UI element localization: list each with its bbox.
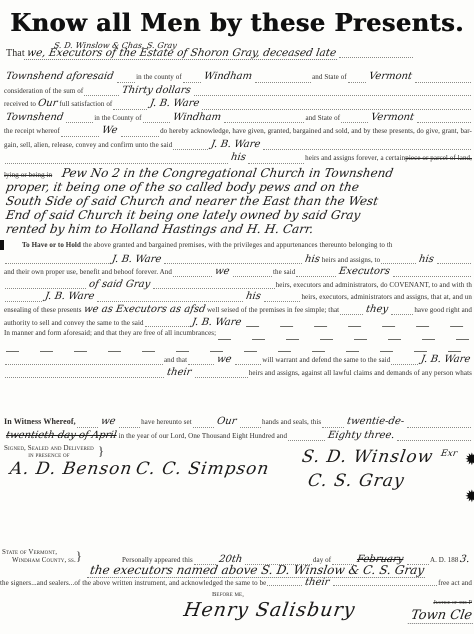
dotted-rule bbox=[235, 362, 261, 365]
dotted-rule bbox=[77, 425, 98, 428]
warrant-label2: will warrant and defend the same to the … bbox=[262, 356, 390, 364]
we-handwriting: we bbox=[212, 266, 232, 277]
habendum-section: To Have or to Hold the above granted and… bbox=[4, 241, 472, 380]
dotted-rule bbox=[173, 147, 208, 150]
dotted-rule bbox=[339, 55, 413, 58]
covenant-label: heirs, executors and administrators, do … bbox=[276, 281, 472, 289]
dotted-rule bbox=[391, 312, 414, 315]
grantee2-handwriting: J. B. Ware bbox=[42, 291, 97, 302]
dotted-rule bbox=[322, 425, 343, 428]
dotted-rule bbox=[173, 274, 212, 277]
of-said-gray-handwriting: of said Gray bbox=[86, 279, 153, 290]
page-title: Know all Men by these Presents. bbox=[0, 8, 474, 37]
form-line: In manner and form aforesaid; and that t… bbox=[4, 329, 472, 342]
dotted-rule bbox=[183, 80, 202, 83]
forever-label: heirs and assigns forever, a certain bbox=[305, 154, 405, 162]
officer-signature-block: Henry Salisbury bbox=[182, 599, 357, 621]
grantee3-handwriting: J. B. Ware bbox=[190, 317, 245, 328]
dotted-rule bbox=[66, 120, 93, 123]
state2-label: and State of bbox=[305, 114, 340, 122]
ensealing-handwriting: we as Executors as afsd bbox=[81, 304, 208, 315]
witness2-signature: C. C. Simpson bbox=[133, 459, 274, 479]
executors-handwriting: Executors bbox=[336, 266, 393, 277]
description-line: South Side of said Church and nearer the… bbox=[4, 194, 472, 208]
receipt-rest-label: do hereby acknowledge, have given, grant… bbox=[160, 127, 472, 135]
witness1-signature: A. D. Benson bbox=[6, 459, 135, 479]
county2-handwriting: Windham bbox=[170, 112, 224, 123]
form-line: J. B. Ware his heirs, executors, adminis… bbox=[4, 291, 472, 304]
county2-label: in the County of bbox=[94, 114, 141, 122]
to-have-label: To Have or to Hold bbox=[22, 241, 81, 249]
warrant-label1: and that bbox=[164, 356, 187, 364]
struck-lying-text: lying or being in bbox=[4, 171, 52, 179]
heirs-label: heirs and assigns, to bbox=[322, 256, 380, 264]
grantee4-handwriting: J. B. Ware bbox=[418, 354, 472, 365]
form-line: Townshend in the County of Windham and S… bbox=[4, 112, 472, 126]
dotted-rule bbox=[5, 161, 228, 164]
dotted-rule bbox=[84, 93, 119, 96]
town-clerk-handwriting: Town Cle bbox=[408, 608, 474, 624]
description-handwriting: South Side of said Church and nearer the… bbox=[4, 194, 381, 208]
venue-block: State of Vermont, Windham County, ss. } bbox=[2, 548, 82, 564]
description-handwriting: End of said Church it being one lately o… bbox=[4, 208, 363, 222]
officer-signature: Henry Salisbury bbox=[180, 599, 359, 621]
dotted-rule bbox=[117, 80, 136, 83]
free-act-label: free act and bbox=[438, 579, 472, 587]
dotted-rule bbox=[145, 324, 190, 327]
his-handwriting: his bbox=[302, 254, 323, 265]
dotted-rule bbox=[113, 107, 147, 110]
grantee-town-handwriting: Townshend bbox=[4, 112, 66, 123]
description-line: proper, it being one of the so called bo… bbox=[4, 180, 472, 194]
dotted-rule bbox=[195, 375, 248, 378]
grantee2-handwriting: J. B. Ware bbox=[208, 139, 263, 150]
they-handwriting: they bbox=[363, 304, 391, 315]
dotted-rule bbox=[437, 261, 472, 264]
dotted-rule bbox=[267, 583, 302, 586]
grantee-handwriting: J. B. Ware bbox=[109, 254, 164, 265]
dashed-rule bbox=[246, 325, 470, 327]
that-label: That bbox=[6, 48, 25, 59]
his-handwriting: his bbox=[228, 152, 249, 163]
signer2-line: C. S. Gray bbox=[306, 471, 459, 491]
day-handwriting: twentie-de- bbox=[344, 416, 407, 427]
form-line: To Have or to Hold the above granted and… bbox=[4, 241, 472, 254]
form-line: ensealing of these presents we as Execut… bbox=[4, 304, 472, 317]
dotted-rule bbox=[193, 425, 214, 428]
month-handwriting: March bbox=[361, 549, 400, 551]
use-label: and their own proper use, benefit and be… bbox=[4, 268, 172, 276]
receipt-label: the receipt whereof bbox=[4, 127, 60, 135]
signer1-signature: S. D. Winslow bbox=[298, 447, 436, 467]
dotted-rule bbox=[264, 299, 301, 302]
dotted-rule bbox=[5, 261, 109, 264]
year-digit-handwriting: 3. bbox=[458, 554, 472, 565]
town-handwriting: Townshend aforesaid bbox=[4, 71, 116, 82]
grantors-handwriting: we, Executors of the Estate of Shoron Gr… bbox=[24, 47, 339, 60]
dotted-rule bbox=[255, 80, 311, 83]
venue-brace: } bbox=[76, 548, 82, 564]
consideration-label: consideration of the sum of bbox=[4, 87, 83, 95]
satisfaction-label: full satisfaction of bbox=[59, 100, 112, 108]
town-clerk-block: Town Cle bbox=[409, 606, 474, 624]
set-label: have hereunto set bbox=[141, 418, 192, 426]
said-label: the said bbox=[273, 268, 295, 276]
his2-handwriting: his bbox=[416, 254, 437, 265]
in-witness-label: In Witness Whereof, bbox=[4, 417, 76, 426]
grantor-line: That we, Executors of the Estate of Shor… bbox=[6, 47, 414, 60]
dotted-rule bbox=[393, 274, 472, 277]
dotted-rule bbox=[381, 261, 416, 264]
wax-seal-icon: ✹ bbox=[465, 450, 474, 470]
county-caption: Windham County, ss. bbox=[12, 556, 76, 564]
form-line: received to Our full satisfaction of J. … bbox=[4, 98, 472, 112]
signer1-line: S. D. Winslow Exr bbox=[300, 447, 459, 467]
form-line: twentieth day of April in the year of ou… bbox=[4, 430, 472, 443]
claims-label: heirs and assigns, against all lawful cl… bbox=[249, 369, 472, 377]
form-line: authority to sell and convey the same to… bbox=[4, 317, 472, 330]
dotted-rule bbox=[119, 425, 140, 428]
dotted-rule bbox=[5, 286, 86, 289]
year-label: in the year of our Lord, One Thousand Ei… bbox=[119, 432, 287, 440]
description-line: End of said Church it being one lately o… bbox=[4, 208, 472, 222]
signers-label: the signers...and sealers...of the above… bbox=[0, 579, 266, 587]
signer1-suffix: Exr bbox=[438, 449, 460, 459]
county-label: in the county of bbox=[136, 73, 182, 81]
our-handwriting: Our bbox=[214, 416, 239, 427]
signed-sealed-label: Signed, Sealed and Delivered bbox=[4, 444, 94, 452]
dotted-rule bbox=[333, 583, 438, 586]
description-line: rented by him to Holland Hastings and H.… bbox=[4, 222, 472, 236]
dotted-rule bbox=[341, 120, 368, 123]
dotted-rule bbox=[5, 299, 42, 302]
ad-label: A. D. 188 bbox=[430, 556, 459, 564]
we2-handwriting: we bbox=[215, 354, 235, 365]
form-line: the receipt whereof We do hereby acknowl… bbox=[4, 125, 472, 139]
ensealing-label: ensealing of these presents bbox=[4, 306, 82, 314]
received-label: received to bbox=[4, 100, 36, 108]
dashed-rule bbox=[6, 350, 470, 352]
form-line: gain, sell, alien, release, convey and c… bbox=[4, 139, 472, 153]
receipt-handwriting: We bbox=[99, 125, 120, 136]
county-handwriting: Windham bbox=[201, 71, 255, 82]
his3-handwriting: his bbox=[243, 291, 264, 302]
premises-section: Townshend aforesaid in the county of Win… bbox=[4, 71, 472, 166]
description-handwriting: proper, it being one of the so called bo… bbox=[4, 180, 362, 194]
dotted-rule bbox=[233, 274, 272, 277]
before-me-label: Before me, bbox=[212, 591, 244, 598]
form-line: J. B. Ware his heirs and assigns, to his bbox=[4, 254, 472, 267]
form-line: In Witness Whereof, we have hereunto set… bbox=[4, 416, 472, 430]
dashed-rule bbox=[218, 338, 470, 340]
state-handwriting: Vermont bbox=[366, 71, 415, 82]
dotted-rule bbox=[288, 438, 325, 441]
to-have-rest-label: the above granted and bargained premises… bbox=[83, 241, 393, 249]
dotted-rule bbox=[407, 425, 471, 428]
dotted-rule bbox=[5, 362, 163, 365]
form-line: Townshend aforesaid in the county of Win… bbox=[4, 71, 472, 85]
signer2-signature: C. S. Gray bbox=[304, 471, 408, 491]
party-signatures: S. D. Winslow Exr C. S. Gray bbox=[300, 447, 459, 491]
executors-named-handwriting: the executors named above S. D. Winslow … bbox=[87, 563, 427, 578]
form-line: and that we will warrant and defend the … bbox=[4, 354, 472, 367]
dotted-rule bbox=[348, 80, 367, 83]
description-handwriting: rented by him to Holland Hastings and H.… bbox=[4, 222, 316, 236]
dotted-rule bbox=[188, 362, 214, 365]
convey-label: gain, sell, alien, release, convey and c… bbox=[4, 141, 172, 149]
form-line: consideration of the sum of Thirty dolla… bbox=[4, 85, 472, 99]
dotted-rule bbox=[296, 274, 335, 277]
dotted-rule bbox=[391, 362, 417, 365]
witness-signatures: A. D. Benson C. C. Simpson bbox=[8, 455, 272, 479]
signers-line: the signers...and sealers...of the above… bbox=[0, 577, 472, 588]
form-line: his heirs and assigns forever, a certain… bbox=[4, 152, 472, 166]
grantee-handwriting: J. B. Ware bbox=[147, 98, 202, 109]
year-handwriting: Eighty three. bbox=[325, 430, 397, 441]
right-label: have good right and bbox=[414, 306, 472, 314]
aforesaid-label: In manner and form aforesaid; and that t… bbox=[4, 329, 216, 337]
description-line: lying or being in Pew No 2 in the Congre… bbox=[4, 166, 472, 180]
struck-parcel-text: piece or parcel of land, bbox=[405, 154, 472, 162]
property-description: lying or being in Pew No 2 in the Congre… bbox=[4, 166, 472, 236]
dotted-rule bbox=[415, 80, 471, 83]
description-handwriting: Pew No 2 in the Congregational Church in… bbox=[59, 166, 396, 180]
assigns-label: heirs, executors, administrators and ass… bbox=[301, 293, 472, 301]
dotted-rule bbox=[263, 147, 471, 150]
hands-label: hands and seals, this bbox=[262, 418, 321, 426]
form-line: of said Gray heirs, executors and admini… bbox=[4, 279, 472, 292]
dotted-rule bbox=[194, 93, 471, 96]
dotted-rule bbox=[61, 134, 99, 137]
struck-date-handwriting: twentieth day of April bbox=[4, 430, 119, 441]
received-handwriting: Our bbox=[35, 98, 60, 109]
dotted-rule bbox=[143, 120, 170, 123]
dotted-rule bbox=[248, 161, 304, 164]
authority-label: authority to sell and convey the same to… bbox=[4, 319, 144, 327]
form-line: their heirs and assigns, against all law… bbox=[4, 367, 472, 380]
dotted-rule bbox=[153, 286, 274, 289]
their-handwriting: their bbox=[164, 367, 194, 378]
dotted-rule bbox=[121, 134, 159, 137]
state2-handwriting: Vermont bbox=[368, 112, 417, 123]
we-handwriting: we bbox=[98, 416, 118, 427]
dotted-rule bbox=[397, 438, 471, 441]
dotted-rule bbox=[202, 107, 471, 110]
wax-seal-icon: ✹ bbox=[465, 487, 474, 507]
seised-label: well seised of the premises in fee simpl… bbox=[207, 306, 339, 314]
consideration-handwriting: Thirty dollars bbox=[119, 85, 193, 96]
dotted-rule bbox=[224, 120, 305, 123]
form-line: and their own proper use, benefit and be… bbox=[4, 266, 472, 279]
dotted-rule bbox=[240, 425, 261, 428]
dotted-rule bbox=[164, 261, 302, 264]
their-handwriting: their bbox=[302, 577, 332, 588]
state-caption: State of Vermont, bbox=[2, 548, 76, 556]
state-label: and State of bbox=[312, 73, 347, 81]
dotted-rule bbox=[417, 120, 471, 123]
dotted-rule bbox=[340, 312, 363, 315]
dotted-rule bbox=[97, 299, 243, 302]
deed-document-page: Know all Men by these Presents. S. D. Wi… bbox=[0, 0, 474, 634]
form-line bbox=[4, 342, 472, 355]
dotted-rule bbox=[5, 375, 164, 378]
